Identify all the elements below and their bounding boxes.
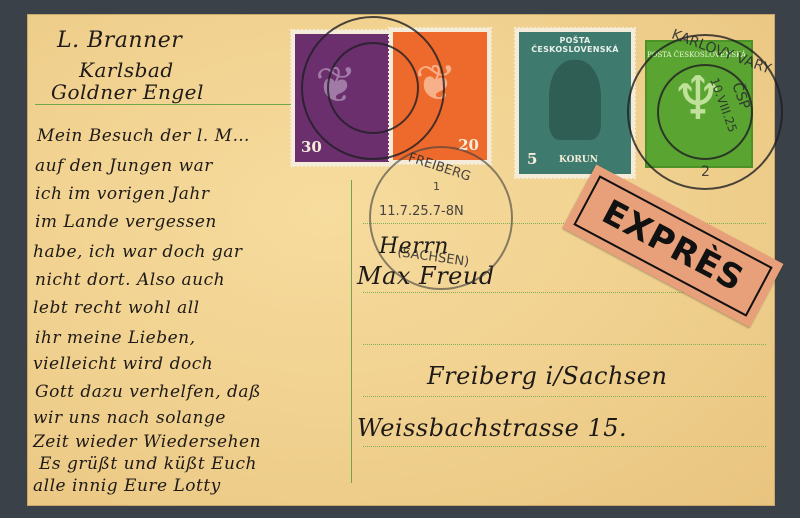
sender-name: L. Branner xyxy=(57,28,182,53)
address-guide-line xyxy=(363,344,766,345)
divider-line xyxy=(351,180,352,483)
message-line: Mein Besuch der l. M… xyxy=(37,126,250,146)
message-line: alle innig Eure Lotty xyxy=(33,476,221,496)
message-line: wir uns nach solange xyxy=(33,408,226,428)
postcard: L. Branner Karlsbad Goldner Engel Mein B… xyxy=(27,14,775,506)
karlovy-vary-postmark-inner xyxy=(327,42,419,134)
message-line: Zeit wieder Wiedersehen xyxy=(33,432,261,452)
stamp-value: 5 xyxy=(527,150,537,168)
karlovy-vary-postmark-right-inner xyxy=(657,64,753,160)
freiberg-postmark-date: 11.7.25.7-8N xyxy=(379,204,464,219)
message-line: Es grüßt und küßt Euch xyxy=(39,454,257,474)
stamp-header: POŠTA ČESKOSLOVENSKÁ xyxy=(519,36,631,54)
sender-city: Karlsbad xyxy=(79,58,174,82)
sender-hotel: Goldner Engel xyxy=(51,80,204,104)
message-line: ihr meine Lieben, xyxy=(35,328,196,348)
message-line: im Lande vergessen xyxy=(35,212,217,232)
message-line: auf den Jungen war xyxy=(35,156,213,176)
sender-divider-line xyxy=(35,104,335,105)
address-guide-line xyxy=(363,396,766,397)
address-street: Weissbachstrasse 15. xyxy=(357,414,627,442)
address-guide-line xyxy=(363,446,766,447)
express-label-text: EXPRÈS xyxy=(595,192,750,300)
freiberg-postmark-num: 1 xyxy=(433,180,440,193)
postmark-bottom: 2 xyxy=(701,164,710,180)
address-city: Freiberg i/Sachsen xyxy=(427,362,667,390)
message-line: vielleicht wird doch xyxy=(33,354,213,374)
stamp-value: 30 xyxy=(301,138,322,156)
message-line: Gott dazu verhelfen, daß xyxy=(35,382,261,402)
stamp-unit: KORUN xyxy=(559,155,598,165)
message-line: habe, ich war doch gar xyxy=(33,242,243,262)
message-line: nicht dort. Also auch xyxy=(35,270,225,290)
masaryk-portrait-stamp: POŠTA ČESKOSLOVENSKÁ 5 KORUN xyxy=(515,28,635,178)
express-label-frame: EXPRÈS xyxy=(573,175,772,316)
portrait-icon xyxy=(549,60,601,140)
express-label: EXPRÈS xyxy=(563,164,784,327)
message-line: lebt recht wohl all xyxy=(33,298,200,318)
message-line: ich im vorigen Jahr xyxy=(35,184,210,204)
